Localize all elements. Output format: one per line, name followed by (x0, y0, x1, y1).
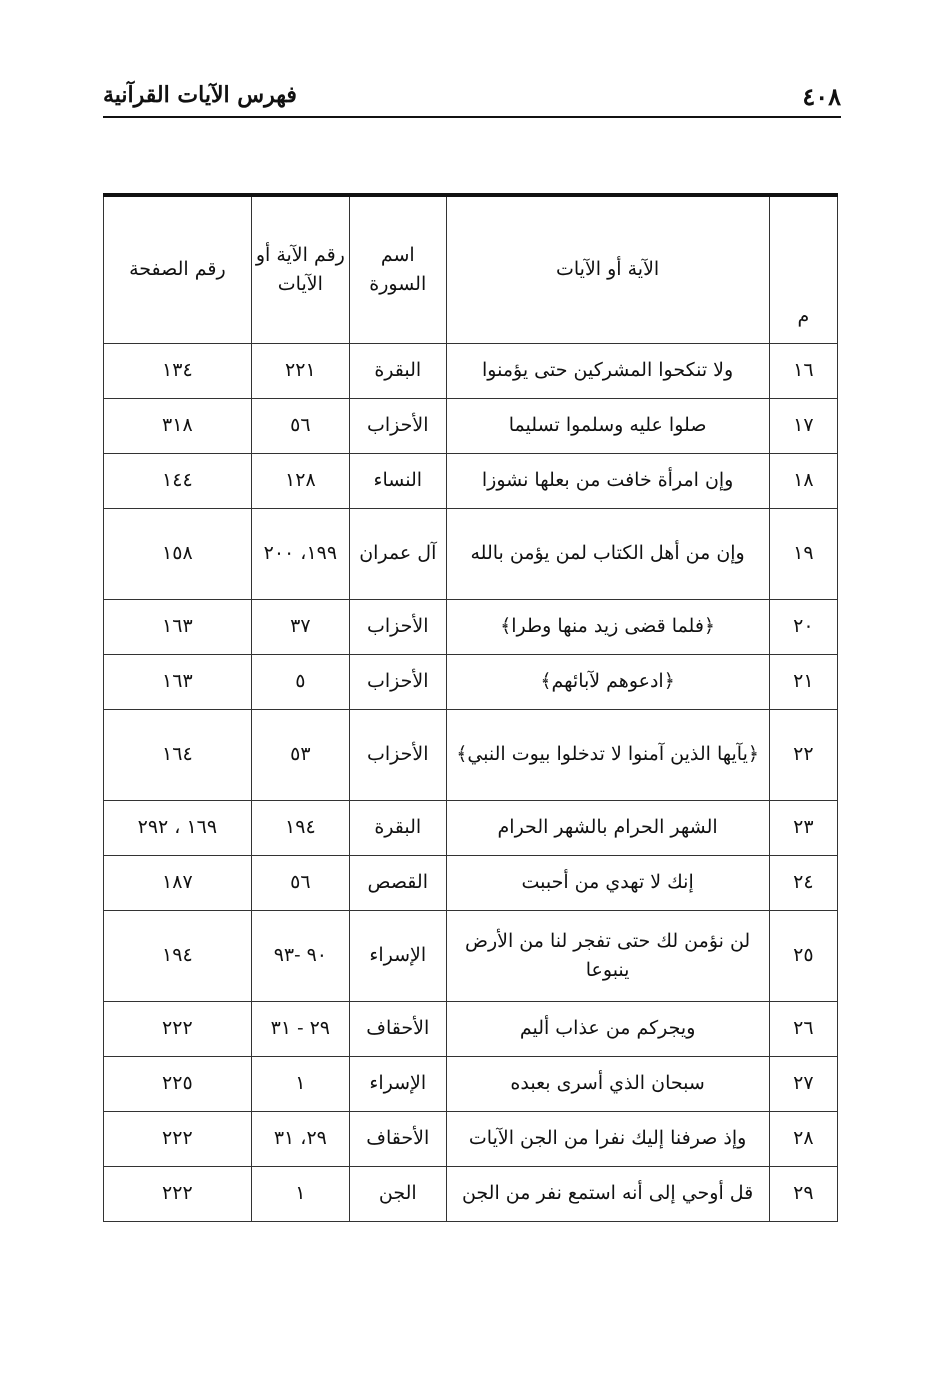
row-number: ٢٠ (769, 600, 837, 655)
verse-text: لن نؤمن لك حتى تفجر لنا من الأرض ينبوعا (446, 911, 769, 1002)
surah-name: الإسراء (349, 1057, 446, 1112)
header-divider (103, 116, 841, 118)
surah-name: القصص (349, 856, 446, 911)
table-row: ١٦ ولا تنكحوا المشركين حتى يؤمنوا البقرة… (104, 344, 838, 399)
row-number: ٢٥ (769, 911, 837, 1002)
surah-name: النساء (349, 454, 446, 509)
page-number-cell: ٢٢٢ (104, 1002, 252, 1057)
verse-text: ﴿فلما قضى زيد منها وطرا﴾ (446, 600, 769, 655)
page-number-cell: ١٥٨ (104, 509, 252, 600)
page-number-cell: ١٦٣ (104, 600, 252, 655)
row-number: ٢٩ (769, 1167, 837, 1222)
table-row: ١٩ وإن من أهل الكتاب لمن يؤمن بالله آل ع… (104, 509, 838, 600)
row-number: ١٧ (769, 399, 837, 454)
ayah-number: ١٢٨ (251, 454, 349, 509)
verse-text: وإن امرأة خافت من بعلها نشوزا (446, 454, 769, 509)
page-number-cell: ١٤٤ (104, 454, 252, 509)
surah-name: البقرة (349, 801, 446, 856)
table-row: ٢٦ ويجركم من عذاب أليم الأحقاف ٢٩ - ٣١ ٢… (104, 1002, 838, 1057)
ayah-number: ٢٩ - ٣١ (251, 1002, 349, 1057)
column-header-verse: الآية أو الآيات (446, 195, 769, 344)
page-header: ٤٠٨ فهرس الآيات القرآنية (103, 78, 841, 116)
verse-text: إنك لا تهدي من أحببت (446, 856, 769, 911)
ayah-number: ٥٦ (251, 856, 349, 911)
surah-name: الجن (349, 1167, 446, 1222)
ayah-number: ٥٦ (251, 399, 349, 454)
row-number: ٢٧ (769, 1057, 837, 1112)
verse-text: وإذ صرفنا إليك نفرا من الجن الآيات (446, 1112, 769, 1167)
ayah-number: ٢٢١ (251, 344, 349, 399)
page-number-cell: ١٣٤ (104, 344, 252, 399)
surah-name: الأحزاب (349, 710, 446, 801)
table-row: ٢٩ قل أوحي إلى أنه استمع نفر من الجن الج… (104, 1167, 838, 1222)
verse-text: سبحان الذي أسرى بعبده (446, 1057, 769, 1112)
row-number: ٢٣ (769, 801, 837, 856)
table-row: ٢٧ سبحان الذي أسرى بعبده الإسراء ١ ٢٢٥ (104, 1057, 838, 1112)
row-number: ١٩ (769, 509, 837, 600)
verse-text: ﴿ادعوهم لآبائهم﴾ (446, 655, 769, 710)
surah-name: الأحقاف (349, 1002, 446, 1057)
surah-name: آل عمران (349, 509, 446, 600)
table-row: ٢٣ الشهر الحرام بالشهر الحرام البقرة ١٩٤… (104, 801, 838, 856)
ayah-number: ١ (251, 1057, 349, 1112)
ayah-number: ١ (251, 1167, 349, 1222)
page-number-cell: ١٩٤ (104, 911, 252, 1002)
table-row: ١٨ وإن امرأة خافت من بعلها نشوزا النساء … (104, 454, 838, 509)
surah-name: الأحزاب (349, 399, 446, 454)
page-number-cell: ٢٢٥ (104, 1057, 252, 1112)
surah-name: الإسراء (349, 911, 446, 1002)
row-number: ٢٦ (769, 1002, 837, 1057)
page-number-cell: ٢٢٢ (104, 1112, 252, 1167)
row-number: ٢٤ (769, 856, 837, 911)
ayah-number: ٣٧ (251, 600, 349, 655)
ayah-number: ٥ (251, 655, 349, 710)
page-number-cell: ١٦٣ (104, 655, 252, 710)
column-header-surah: اسم السورة (349, 195, 446, 344)
page-number-cell: ١٨٧ (104, 856, 252, 911)
running-title: فهرس الآيات القرآنية (103, 82, 297, 108)
verse-text: وإن من أهل الكتاب لمن يؤمن بالله (446, 509, 769, 600)
verse-text: صلوا عليه وسلموا تسليما (446, 399, 769, 454)
surah-name: البقرة (349, 344, 446, 399)
verse-text: الشهر الحرام بالشهر الحرام (446, 801, 769, 856)
ayah-number: ٥٣ (251, 710, 349, 801)
table-header-row: م الآية أو الآيات اسم السورة رقم الآية أ… (104, 195, 838, 344)
table-row: ٢٤ إنك لا تهدي من أحببت القصص ٥٦ ١٨٧ (104, 856, 838, 911)
table-row: ٢٠ ﴿فلما قضى زيد منها وطرا﴾ الأحزاب ٣٧ ١… (104, 600, 838, 655)
verse-text: قل أوحي إلى أنه استمع نفر من الجن (446, 1167, 769, 1222)
surah-name: الأحقاف (349, 1112, 446, 1167)
row-number: ٢١ (769, 655, 837, 710)
row-number: ١٨ (769, 454, 837, 509)
ayah-number: ١٩٩، ٢٠٠ (251, 509, 349, 600)
page-number: ٤٠٨ (802, 82, 841, 111)
verse-text: ويجركم من عذاب أليم (446, 1002, 769, 1057)
page-number-cell: ٣١٨ (104, 399, 252, 454)
quran-verses-index-table: م الآية أو الآيات اسم السورة رقم الآية أ… (103, 193, 838, 1222)
surah-name: الأحزاب (349, 655, 446, 710)
column-header-page-number: رقم الصفحة (104, 195, 252, 344)
table-row: ٢٥ لن نؤمن لك حتى تفجر لنا من الأرض ينبو… (104, 911, 838, 1002)
column-header-ayah-number: رقم الآية أو الآيات (251, 195, 349, 344)
table-row: ٢١ ﴿ادعوهم لآبائهم﴾ الأحزاب ٥ ١٦٣ (104, 655, 838, 710)
table-row: ١٧ صلوا عليه وسلموا تسليما الأحزاب ٥٦ ٣١… (104, 399, 838, 454)
page-number-cell: ٢٢٢ (104, 1167, 252, 1222)
table-row: ٢٨ وإذ صرفنا إليك نفرا من الجن الآيات ال… (104, 1112, 838, 1167)
table-row: ٢٢ ﴿يآيها الذين آمنوا لا تدخلوا بيوت الن… (104, 710, 838, 801)
page-number-cell: ١٦٤ (104, 710, 252, 801)
row-number: ٢٢ (769, 710, 837, 801)
ayah-number: ٩٠ -٩٣ (251, 911, 349, 1002)
column-header-number: م (769, 195, 837, 344)
surah-name: الأحزاب (349, 600, 446, 655)
page-number-cell: ١٦٩ ، ٢٩٢ (104, 801, 252, 856)
row-number: ٢٨ (769, 1112, 837, 1167)
ayah-number: ٢٩، ٣١ (251, 1112, 349, 1167)
row-number: ١٦ (769, 344, 837, 399)
verse-text: ﴿يآيها الذين آمنوا لا تدخلوا بيوت النبي﴾ (446, 710, 769, 801)
ayah-number: ١٩٤ (251, 801, 349, 856)
verse-text: ولا تنكحوا المشركين حتى يؤمنوا (446, 344, 769, 399)
